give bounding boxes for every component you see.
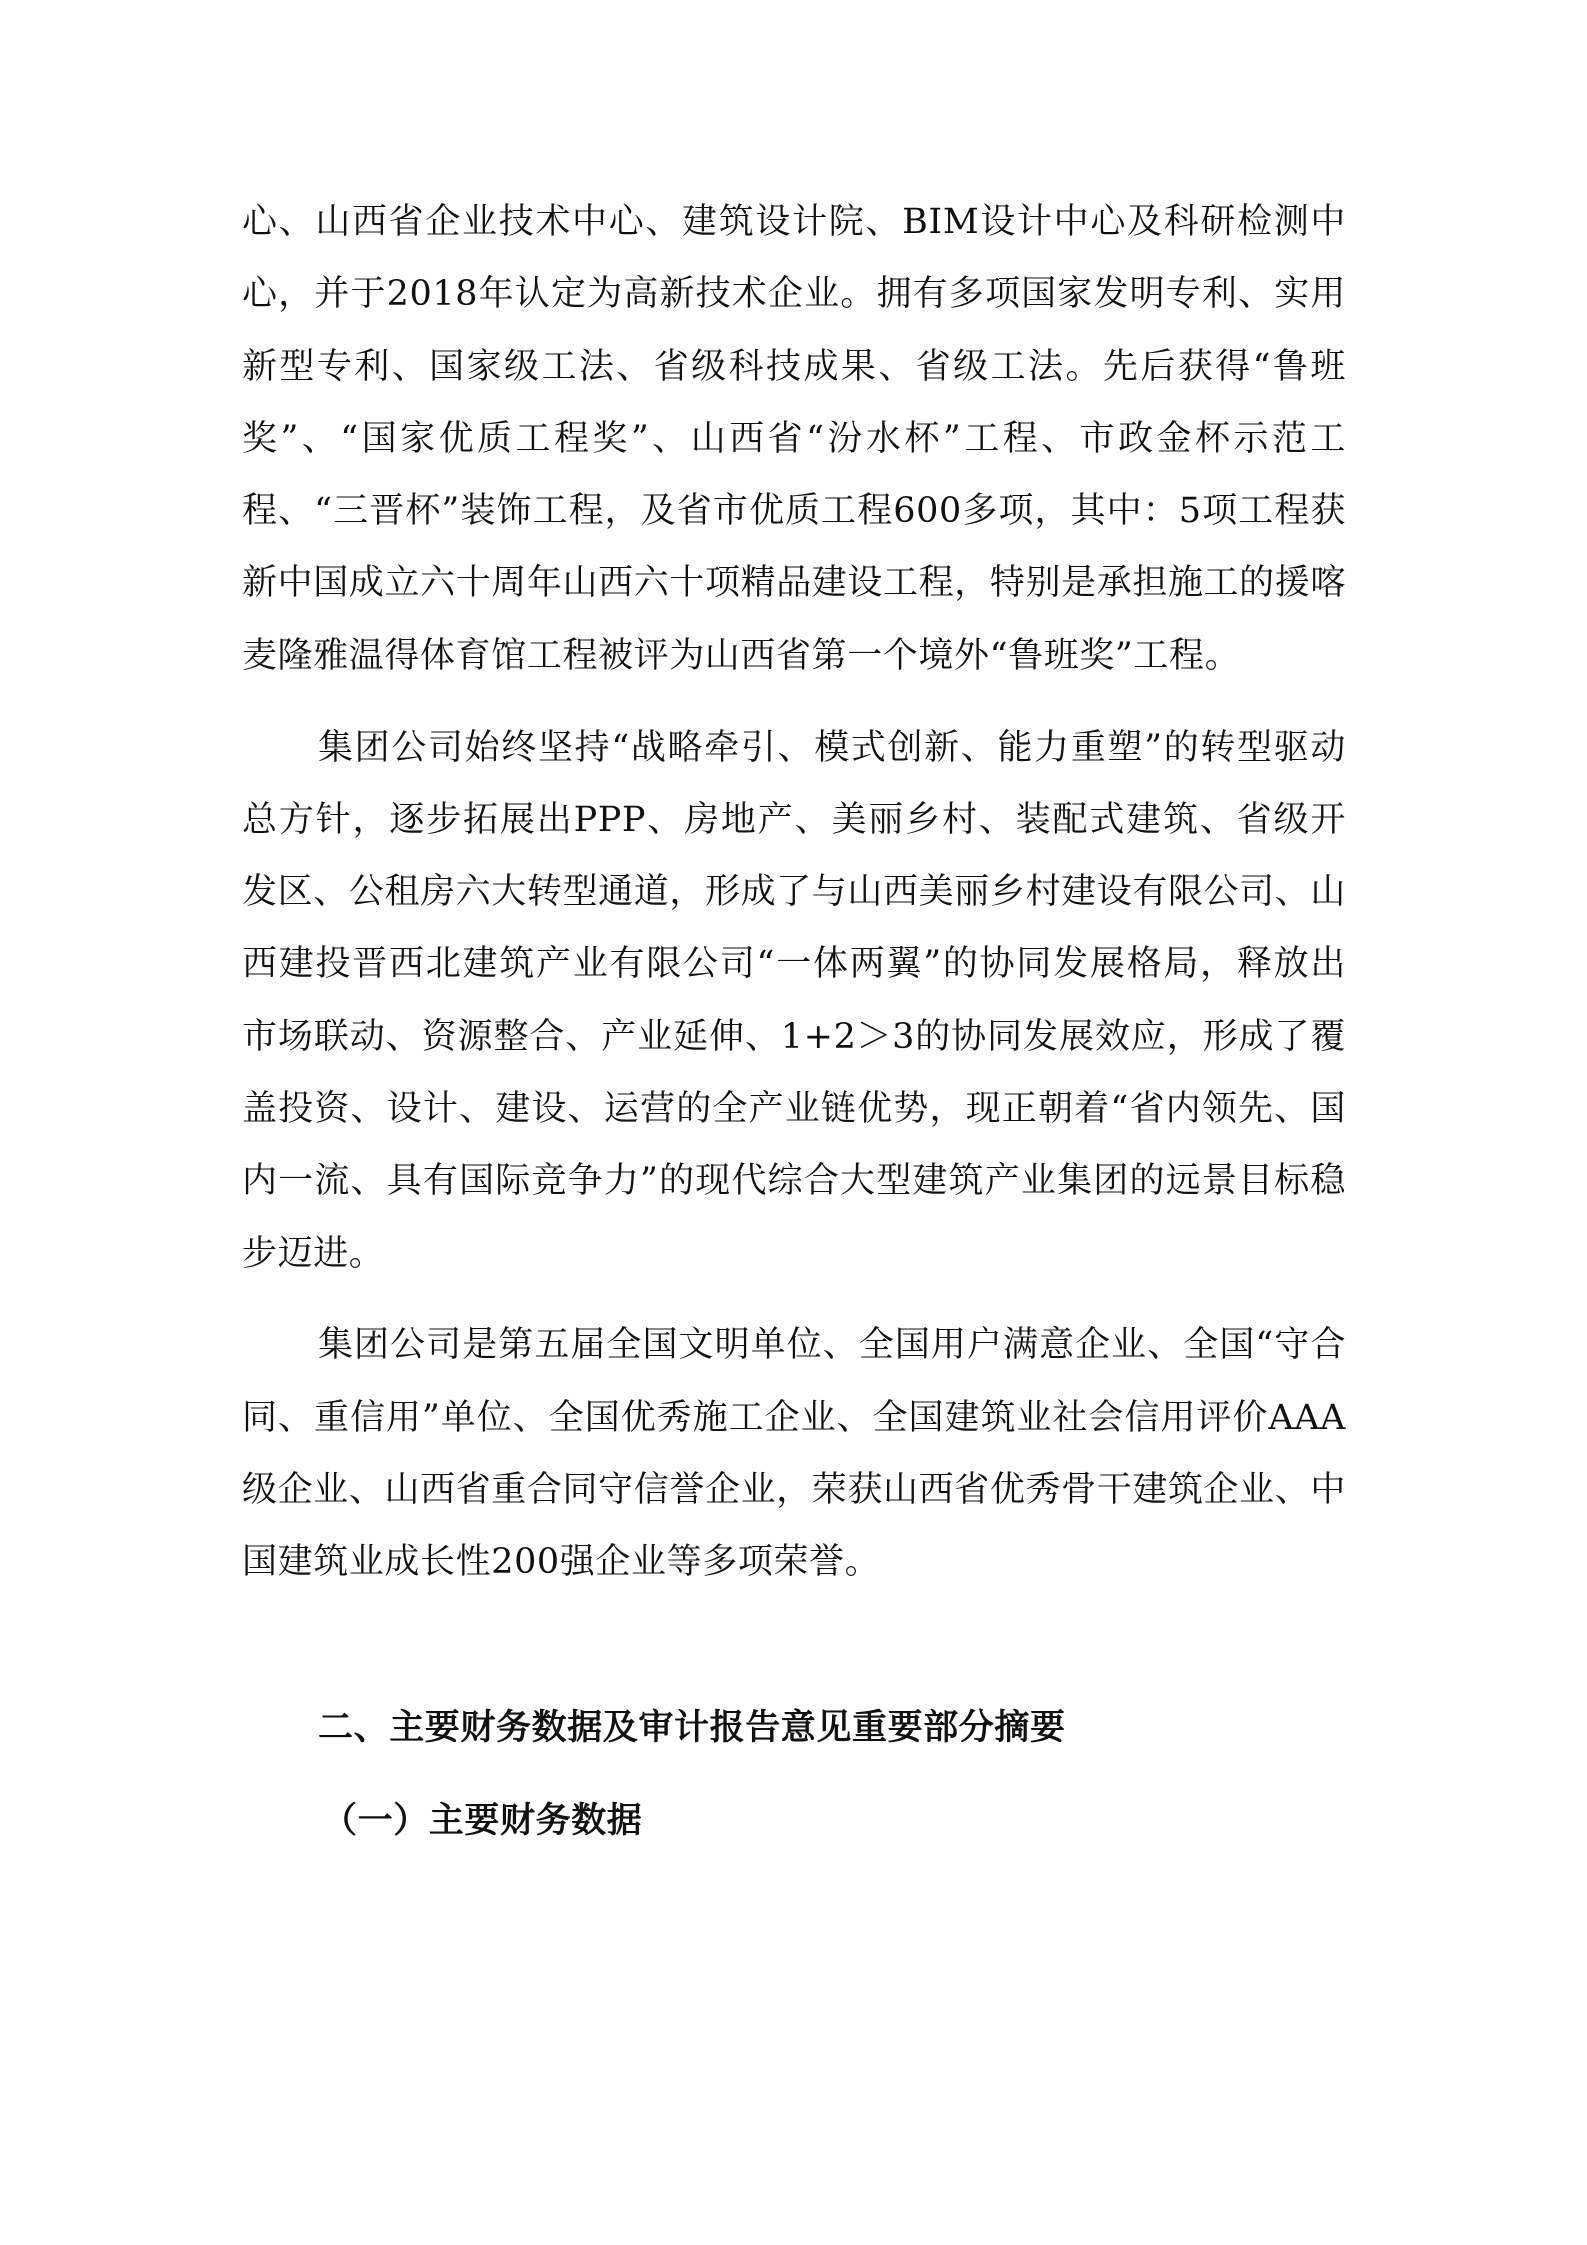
document-page: 心、山西省企业技术中心、建筑设计院、BIM设计中心及科研检测中心，并于2018年… <box>242 186 1346 1618</box>
paragraph-company-awards: 心、山西省企业技术中心、建筑设计院、BIM设计中心及科研检测中心，并于2018年… <box>242 186 1346 692</box>
paragraph-transformation-strategy: 集团公司始终坚持“战略牵引、模式创新、能力重塑”的转型驱动总方针，逐步拓展出PP… <box>242 712 1346 1290</box>
subsection-heading: （一）主要财务数据 <box>322 1796 642 1846</box>
section-heading: 二、主要财务数据及审计报告意见重要部分摘要 <box>318 1703 1066 1753</box>
paragraph-honors: 集团公司是第五届全国文明单位、全国用户满意企业、全国“守合同、重信用”单位、全国… <box>242 1309 1346 1598</box>
